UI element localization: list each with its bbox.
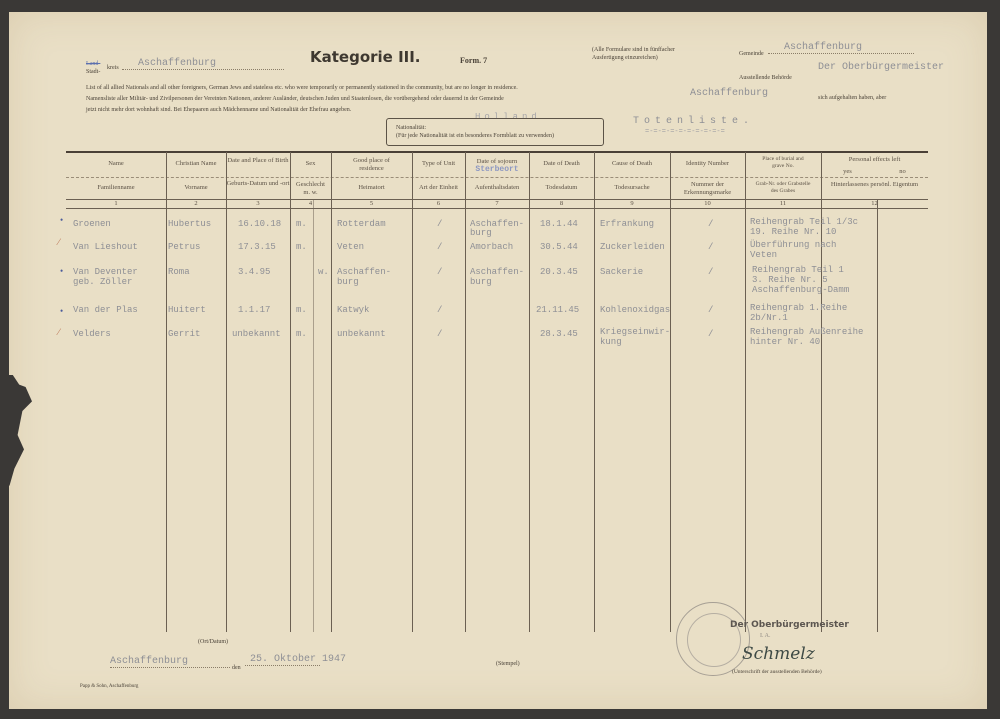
col-divider: [166, 152, 167, 632]
note-line-1: (Alle Formulare sind in fünffacher: [592, 46, 675, 54]
col-header-unit: Type of Unit: [412, 160, 465, 168]
intro-line-1: List of all allied Nationals and all oth…: [86, 84, 946, 92]
cell-cause: Sackerie: [600, 267, 643, 277]
col-header-sex: Sex: [290, 160, 331, 168]
cell-burial-2: 2b/Nr.1: [750, 313, 788, 323]
cell-burial: Reihengrab 1.Reihe: [750, 303, 847, 313]
cell-vorname: Petrus: [168, 242, 200, 252]
cell-birth: 1.1.17: [238, 305, 270, 315]
cell-death: 20.3.45: [540, 267, 578, 277]
col-header-birth-de: Geburts-Datum und -ort: [226, 180, 290, 188]
col-header-sex-de: Geschlecht: [290, 181, 331, 189]
table-top-rule: [66, 151, 928, 153]
col-header-sex-sub: m. w.: [290, 189, 331, 197]
col-divider: [226, 152, 227, 632]
cell-home: Katwyk: [337, 305, 369, 315]
cell-cause: Kohlenoxidgas: [600, 305, 670, 315]
row-marker-dot: •: [60, 306, 63, 316]
intro-line-3: jetzt nicht mehr dort wohnhaft sind. Bei…: [86, 106, 351, 114]
cell-id: /: [708, 305, 713, 315]
cell-unit: /: [437, 219, 442, 229]
col-num: 4: [290, 200, 331, 208]
cell-cause: Erfrankung: [600, 219, 654, 229]
ort-label: (Ort/Datum): [198, 638, 228, 646]
cell-vorname: Hubertus: [168, 219, 211, 229]
signature: Schmelz: [742, 644, 815, 664]
nationality-note: (Für jede Nationalität ist ein besondere…: [396, 132, 554, 140]
stadt-label: Stadt-: [86, 68, 100, 76]
cell-death: 28.3.45: [540, 329, 578, 339]
note-line-2: Ausfertigung einzureichen): [592, 54, 658, 62]
row-marker-dot: •: [60, 215, 63, 225]
col-header-unit-de: Art der Einheit: [412, 184, 465, 192]
col-header-cause: Cause of Death: [594, 160, 670, 168]
cell-burial-2: Veten: [750, 250, 777, 260]
col-num: 6: [412, 200, 465, 208]
col-divider: [745, 152, 746, 632]
cell-id: /: [708, 242, 713, 252]
col-header-effects-no: no: [877, 168, 928, 176]
sex-sub-divider: [313, 200, 314, 632]
col-num: 3: [226, 200, 290, 208]
date-value: 25. Oktober 1947: [245, 654, 320, 666]
cell-name: Van Lieshout: [73, 242, 138, 252]
cell-unit: /: [437, 242, 442, 252]
col-num: 10: [670, 200, 745, 208]
row-marker-check: ⁄: [58, 237, 60, 247]
cell-home-2: burg: [337, 277, 359, 287]
cell-burial: Reihengrab Teil 1/3c: [750, 217, 858, 227]
col-num: 12: [821, 200, 928, 208]
cell-vorname: Roma: [168, 267, 190, 277]
printer-credit: Papp & Sohn, Aschaffenburg: [80, 683, 138, 691]
cell-sex-m: m.: [296, 329, 307, 339]
community-suffix: sich aufgehalten haben, aber: [818, 94, 886, 102]
gemeinde-label: Gemeinde: [739, 50, 764, 58]
cell-burial-2: 19. Reihe Nr. 10: [750, 227, 836, 237]
signature-label: (Unterschrift der ausstellenden Behörde): [732, 668, 822, 676]
col-header-residence: Good place of residence: [331, 157, 412, 173]
col-num: 2: [166, 200, 226, 208]
cell-sex-m: m.: [296, 305, 307, 315]
cell-sex-w: w.: [318, 267, 329, 277]
behoerde-label: Ausstellende Behörde: [739, 74, 792, 82]
cell-unit: /: [437, 329, 442, 339]
cell-unit: /: [437, 305, 442, 315]
cell-cause: Kriegseinwir-: [600, 327, 670, 337]
col-header-name: Name: [66, 160, 166, 168]
cell-id: /: [708, 329, 713, 339]
col-num: 11: [745, 200, 821, 208]
cell-birth: 16.10.18: [238, 219, 281, 229]
effects-sub-divider: [877, 200, 878, 632]
cell-home: unbekannt: [337, 329, 386, 339]
col-header-identity: Identity Number: [670, 160, 745, 168]
cell-vorname: Huitert: [168, 305, 206, 315]
cell-name: Van Deventer: [73, 267, 138, 277]
nationality-label: Nationalität:: [396, 124, 426, 132]
cell-cause: Zuckerleiden: [600, 242, 665, 252]
cell-name: Groenen: [73, 219, 111, 229]
col-header-christian: Christian Name: [166, 160, 226, 168]
cell-name: Velders: [73, 329, 111, 339]
col-num: 8: [529, 200, 594, 208]
behoerde-value: Der Oberbürgermeister: [818, 62, 944, 73]
table-mid-rule: [66, 177, 928, 178]
place-value: Aschaffenburg: [110, 656, 230, 668]
cell-birth: 3.4.95: [238, 267, 270, 277]
cell-sex-m: m.: [296, 242, 307, 252]
col-header-effects-de: Hinterlassenes persönl. Eigentum: [821, 181, 928, 189]
cell-home: Aschaffen-: [337, 267, 391, 277]
cell-id: /: [708, 219, 713, 229]
cell-home: Rotterdam: [337, 219, 386, 229]
authority-stamp: Der Oberbürgermeister: [730, 620, 849, 630]
community-value: Aschaffenburg: [690, 88, 790, 99]
cell-unit: /: [437, 267, 442, 277]
col-divider: [331, 152, 332, 632]
col-divider: [465, 152, 466, 632]
col-divider: [412, 152, 413, 632]
col-num: 1: [66, 200, 166, 208]
col-header-sojourn-stamp: Sterbeort: [465, 166, 529, 174]
col-header-residence-de: Heimatort: [331, 184, 412, 192]
col-header-christian-de: Vorname: [166, 184, 226, 192]
col-divider: [594, 152, 595, 632]
page-title: Kategorie III.: [310, 48, 421, 66]
den-label: den: [232, 664, 241, 672]
col-header-name-de: Familienname: [66, 184, 166, 192]
cell-death: 30.5.44: [540, 242, 578, 252]
col-header-burial: Place of burial and grave No.: [745, 156, 821, 170]
cell-sojourn: Amorbach: [470, 242, 513, 252]
col-num: 7: [465, 200, 529, 208]
col-header-death-date-de: Todesdatum: [529, 184, 594, 192]
col-divider: [290, 152, 291, 632]
col-num: 9: [594, 200, 670, 208]
authority-sub: I. A.: [760, 632, 771, 640]
col-divider: [670, 152, 671, 632]
row-marker-dot: •: [60, 266, 63, 276]
list-title-underline: =-=-=-=-=-=-=-=-=-=: [645, 128, 725, 136]
cell-death: 21.11.45: [536, 305, 579, 315]
cell-sojourn-2: burg: [470, 228, 492, 238]
stempel-label: (Stempel): [496, 660, 520, 668]
form-number: Form. 7: [460, 56, 487, 65]
col-header-effects-yes: yes: [821, 168, 874, 176]
land-label: Land-: [86, 60, 100, 68]
cell-death: 18.1.44: [540, 219, 578, 229]
col-header-cause-de: Todesursache: [594, 184, 670, 192]
cell-name-2: geb. Zöller: [73, 277, 132, 287]
cell-sex-m: m.: [296, 219, 307, 229]
col-divider: [529, 152, 530, 632]
col-header-burial-de: Grab-Nr. oder Grabstelle des Grabes: [745, 181, 821, 195]
kreis-label: kreis: [107, 64, 119, 72]
cell-burial-2: 3. Reihe Nr. 5: [752, 275, 828, 285]
cell-burial: Reihengrab Außenreihe: [750, 327, 863, 337]
cell-cause-2: kung: [600, 337, 622, 347]
cell-id: /: [708, 267, 713, 277]
intro-line-2: Namensliste aller Militär- und Zivilpers…: [86, 95, 686, 103]
col-header-birth: Date and Place of Birth: [226, 157, 290, 165]
cell-name: Van der Plas: [73, 305, 138, 315]
cell-burial: Reihengrab Teil 1: [752, 265, 844, 275]
cell-home: Veten: [337, 242, 364, 252]
cell-birth: 17.3.15: [238, 242, 276, 252]
cell-burial-2: hinter Nr. 40: [750, 337, 820, 347]
col-header-identity-de: Nummer der Erkennungsmarke: [670, 181, 745, 197]
cell-vorname: Gerrit: [168, 329, 200, 339]
cell-sojourn-2: burg: [470, 277, 492, 287]
gemeinde-value: Aschaffenburg: [768, 42, 914, 54]
col-header-effects: Personal effects left: [821, 156, 928, 164]
cell-burial: Überführung nach: [750, 240, 836, 250]
list-title: Totenliste.: [633, 116, 754, 127]
col-num: 5: [331, 200, 412, 208]
kreis-value: Aschaffenburg: [122, 58, 284, 70]
cell-burial-3: Aschaffenburg-Damm: [752, 285, 849, 295]
col-header-death-date: Date of Death: [529, 160, 594, 168]
official-stamp: [676, 602, 750, 676]
row-marker-check: ⁄: [58, 327, 60, 337]
col-header-sojourn-de: Aufenthaltsdaten: [465, 184, 529, 192]
cell-sojourn: Aschaffen-: [470, 267, 524, 277]
table-body-rule: [66, 208, 928, 209]
cell-birth: unbekannt: [232, 329, 281, 339]
